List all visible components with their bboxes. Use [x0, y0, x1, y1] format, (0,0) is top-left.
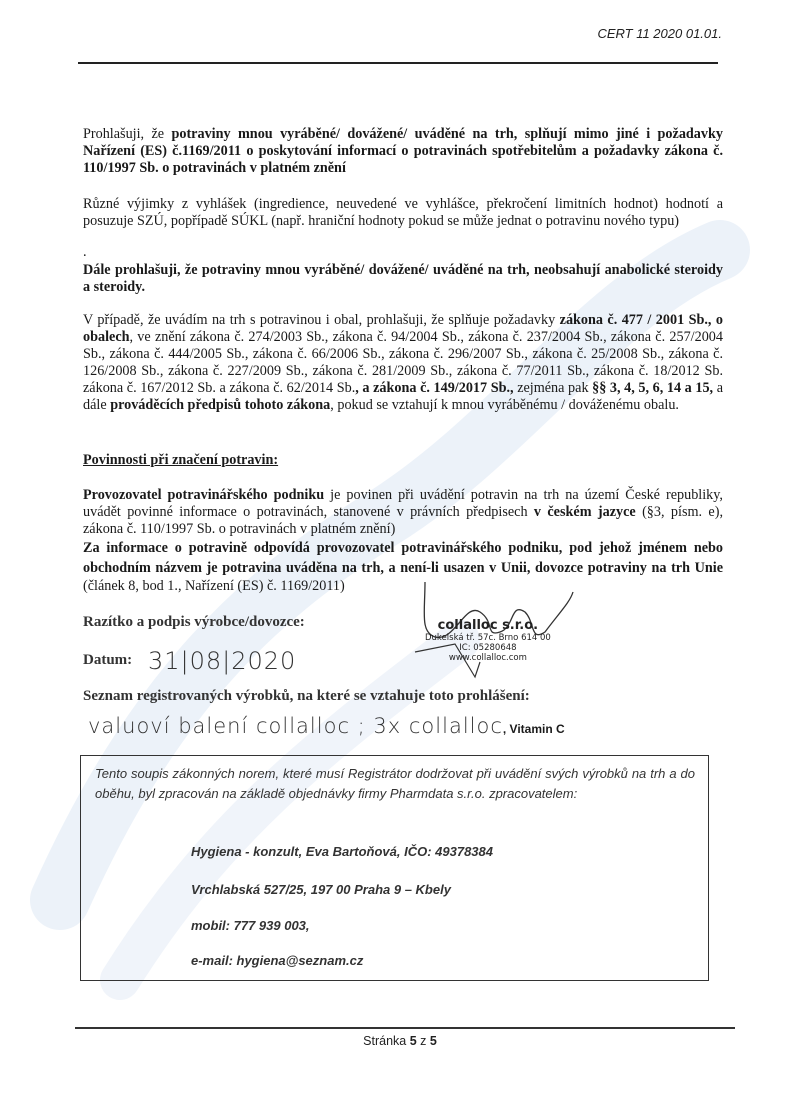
- footer-rule: [75, 1027, 735, 1029]
- compiler-address: Vrchlabská 527/25, 197 00 Praha 9 – Kbel…: [191, 882, 451, 897]
- products-list: valuoví balení collalloc ; 3x collalloc,…: [88, 714, 565, 738]
- date-handwritten: 31|08|2020: [148, 647, 296, 675]
- stamp-ic: IC: 05280648: [425, 643, 551, 653]
- compiler-mobile: mobil: 777 939 003,: [191, 918, 310, 933]
- products-typed: , Vitamin C: [503, 722, 565, 736]
- compiler-email: e-mail: hygiena@seznam.cz: [191, 953, 363, 968]
- stamp-address: Dukelská tř. 57c. Brno 614 00: [425, 633, 551, 643]
- document-code: CERT 11 2020 01.01.: [597, 26, 722, 41]
- compiler-company: Hygiena - konzult, Eva Bartoňová, IČO: 4…: [191, 844, 493, 859]
- date-label: Datum:: [83, 652, 132, 669]
- stamp-company-name: collalloc s.r.o.: [425, 618, 551, 633]
- declaration-paragraph-2: Dále prohlašuji, že potraviny mnou vyráb…: [83, 262, 723, 296]
- obligations-heading: Povinnosti při značení potravin:: [83, 452, 723, 469]
- packaging-paragraph: V případě, že uvádím na trh s potravinou…: [83, 312, 723, 414]
- declaration-paragraph-1: Prohlašuji, že potraviny mnou vyráběné/ …: [83, 126, 723, 177]
- header-rule: [78, 62, 718, 64]
- stamp-signature-label: Razítko a podpis výrobce/dovozce:: [83, 614, 305, 631]
- stamp-web: www.collalloc.com: [425, 653, 551, 663]
- page-number: Stránka 5 z 5: [0, 1034, 800, 1048]
- products-handwritten: valuoví balení collalloc ; 3x collalloc: [88, 714, 503, 738]
- compiler-info-box: Tento soupis zákonných norem, které musí…: [80, 755, 709, 981]
- compiler-intro: Tento soupis zákonných norem, které musí…: [95, 764, 695, 804]
- separator-dot: .: [83, 244, 723, 261]
- company-stamp: collalloc s.r.o. Dukelská tř. 57c. Brno …: [425, 618, 551, 663]
- exceptions-paragraph: Různé výjimky z vyhlášek (ingredience, n…: [83, 196, 723, 230]
- products-list-label: Seznam registrovaných výrobků, na které …: [83, 688, 530, 705]
- obligations-paragraph: Provozovatel potravinářského podniku je …: [83, 487, 723, 595]
